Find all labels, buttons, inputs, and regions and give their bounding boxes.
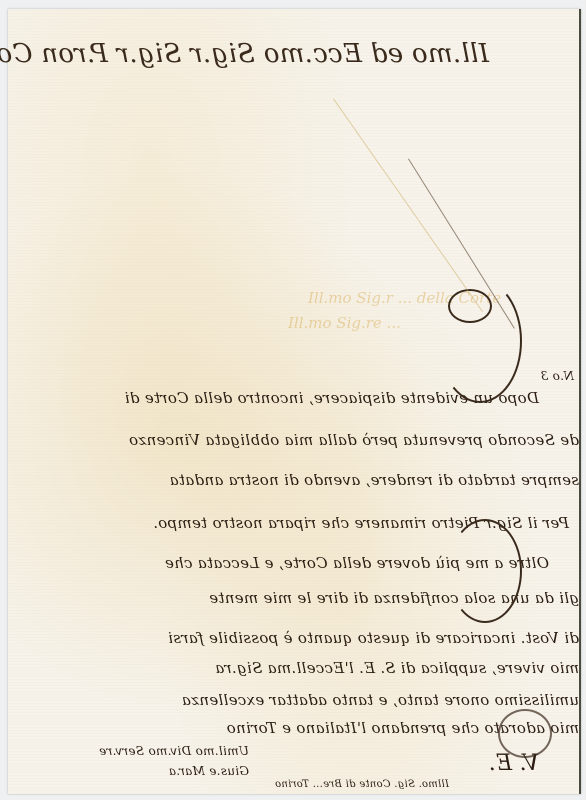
text-line: di Vost. incaricare di questo quanto è p…: [168, 629, 579, 647]
closing-line: Umil.mo Div.mo Serv.re: [99, 744, 249, 758]
side-mark: N.o 3: [540, 369, 574, 383]
mirrored-text-layer: Ill.mo ed Ecc.mo Sig.r Sig.r P.ron Col.m…: [8, 9, 579, 794]
page-heading: Ill.mo ed Ecc.mo Sig.r Sig.r P.ron Col.m…: [0, 39, 489, 69]
signature: Gius.e Mar.a: [169, 764, 249, 778]
text-line: umilissimo onore tanto, e tanto adattar …: [182, 691, 579, 709]
text-line: sempre tardato di rendere, avendo di nos…: [169, 471, 579, 489]
flourish: [498, 709, 552, 758]
text-line: mio vivere, supplica di S. E. l'Eccell.m…: [215, 659, 579, 677]
flourish: [448, 519, 522, 623]
footer-note: Illmo. Sig. Conte di Bre... Torino: [275, 779, 449, 790]
text-line: gli da una sola confidenza di dire le mi…: [209, 589, 579, 607]
manuscript-page: Ill.mo Sig.r ... della Corte Ill.mo Sig.…: [8, 9, 581, 794]
text-line: de Secondo prevenuta però dalla mia obbl…: [129, 431, 579, 449]
